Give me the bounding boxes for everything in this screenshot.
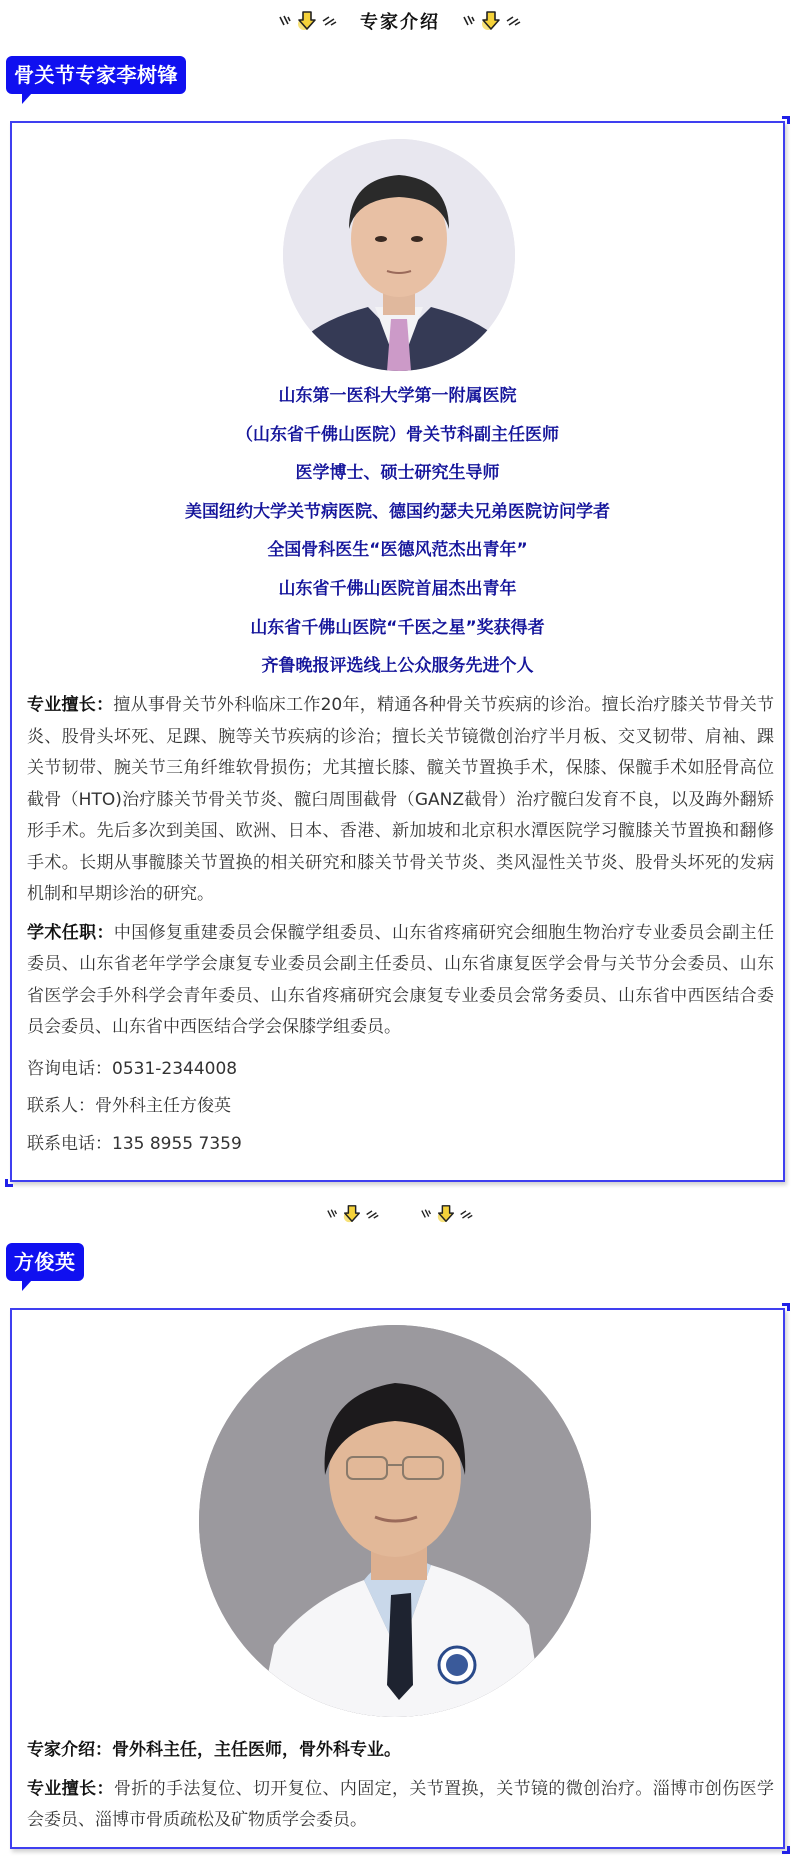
expert-photo: [283, 139, 515, 371]
academic-paragraph: 学术任职：中国修复重建委员会保髋学组委员、山东省疼痛研究会细胞生物治疗专业委员会…: [27, 918, 774, 1044]
expert-card: 山东第一医科大学第一附属医院 （山东省千佛山医院）骨关节科副主任医师 医学博士、…: [10, 121, 785, 1182]
decor-arrow: [420, 1204, 474, 1224]
specialty-paragraph: 专业擅长：擅从事骨关节外科临床工作20年，精通各种骨关节疾病的诊治。擅长治疗膝关…: [27, 690, 774, 911]
expert-name-tag: 骨关节专家李树锋: [6, 56, 186, 94]
down-arrow-icon: [436, 1204, 456, 1224]
specialty-text: 擅从事骨关节外科临床工作20年，精通各种骨关节疾病的诊治。擅长治疗膝关节骨关节炎…: [27, 695, 774, 904]
speed-lines-icon: [320, 15, 338, 27]
highlight-line: 美国纽约大学关节病医院、德国约瑟夫兄弟医院访问学者: [12, 493, 783, 532]
intro-text: 骨外科主任，主任医师，骨外科专业。: [112, 1740, 401, 1760]
contact-line: 咨询电话：0531-2344008: [27, 1051, 774, 1089]
expert-highlights: 山东第一医科大学第一附属医院 （山东省千佛山医院）骨关节科副主任医师 医学博士、…: [12, 377, 783, 686]
speed-lines-icon: [504, 15, 522, 27]
contact-phone[interactable]: 135 8955 7359: [112, 1134, 242, 1154]
specialty-label: 专业擅长：: [27, 1779, 114, 1799]
decor-right: [462, 10, 522, 32]
doctor-portrait-icon: [199, 1325, 591, 1717]
section-title: 专家介绍: [360, 8, 440, 34]
highlight-line: 山东省千佛山医院首届杰出青年: [12, 570, 783, 609]
highlight-line: 齐鲁晚报评选线上公众服务先进个人: [12, 647, 783, 686]
speed-lines-icon: [420, 1208, 434, 1220]
expert-details: 专业擅长：擅从事骨关节外科临床工作20年，精通各种骨关节疾病的诊治。擅长治疗膝关…: [27, 690, 774, 1163]
doctor-portrait-icon: [283, 139, 515, 371]
decor-arrow: [326, 1204, 380, 1224]
down-arrow-icon: [296, 10, 318, 32]
academic-text: 中国修复重建委员会保髋学组委员、山东省疼痛研究会细胞生物治疗专业委员会副主任委员…: [27, 923, 774, 1038]
speed-lines-icon: [462, 14, 478, 28]
consult-phone[interactable]: 0531-2344008: [112, 1059, 237, 1079]
speed-lines-icon: [326, 1208, 340, 1220]
contact-line: 联系人：骨外科主任方俊英: [27, 1088, 774, 1126]
expert-name-tag: 方俊英: [6, 1243, 84, 1281]
speed-lines-icon: [278, 14, 294, 28]
academic-label: 学术任职：: [27, 923, 114, 943]
specialty-text: 骨折的手法复位、切开复位、内固定，关节置换，关节镜的微创治疗。淄博市创伤医学会委…: [27, 1779, 774, 1831]
contact-person: 骨外科主任方俊英: [95, 1096, 231, 1116]
down-arrow-icon: [480, 10, 502, 32]
highlight-line: 全国骨科医生“医德风范杰出青年”: [12, 531, 783, 570]
highlight-line: 山东第一医科大学第一附属医院: [12, 377, 783, 416]
highlight-line: 医学博士、硕士研究生导师: [12, 454, 783, 493]
intro-paragraph: 专家介绍：骨外科主任，主任医师，骨外科专业。: [27, 1735, 774, 1767]
intro-label: 专家介绍：: [27, 1740, 112, 1760]
specialty-paragraph: 专业擅长：骨折的手法复位、切开复位、内固定，关节置换，关节镜的微创治疗。淄博市创…: [27, 1774, 774, 1837]
speed-lines-icon: [458, 1209, 474, 1220]
down-arrow-icon: [342, 1204, 362, 1224]
speed-lines-icon: [364, 1209, 380, 1220]
expert-details: 专家介绍：骨外科主任，主任医师，骨外科专业。 专业擅长：骨折的手法复位、切开复位…: [27, 1735, 774, 1844]
contact-info: 咨询电话：0531-2344008 联系人：骨外科主任方俊英 联系电话：135 …: [27, 1051, 774, 1164]
highlight-line: （山东省千佛山医院）骨关节科副主任医师: [12, 416, 783, 455]
decor-left: [278, 10, 338, 32]
expert-card: 专家介绍：骨外科主任，主任医师，骨外科专业。 专业擅长：骨折的手法复位、切开复位…: [10, 1308, 785, 1849]
expert-photo: [199, 1325, 591, 1717]
corner-decoration: [782, 1846, 790, 1854]
section-divider: [0, 1204, 800, 1224]
corner-decoration: [782, 116, 790, 124]
highlight-line: 山东省千佛山医院“千医之星”奖获得者: [12, 609, 783, 648]
specialty-label: 专业擅长：: [27, 695, 113, 715]
section-header: 专家介绍: [0, 6, 800, 36]
corner-decoration: [782, 1303, 790, 1311]
contact-line: 联系电话：135 8955 7359: [27, 1126, 774, 1164]
corner-decoration: [5, 1179, 13, 1187]
